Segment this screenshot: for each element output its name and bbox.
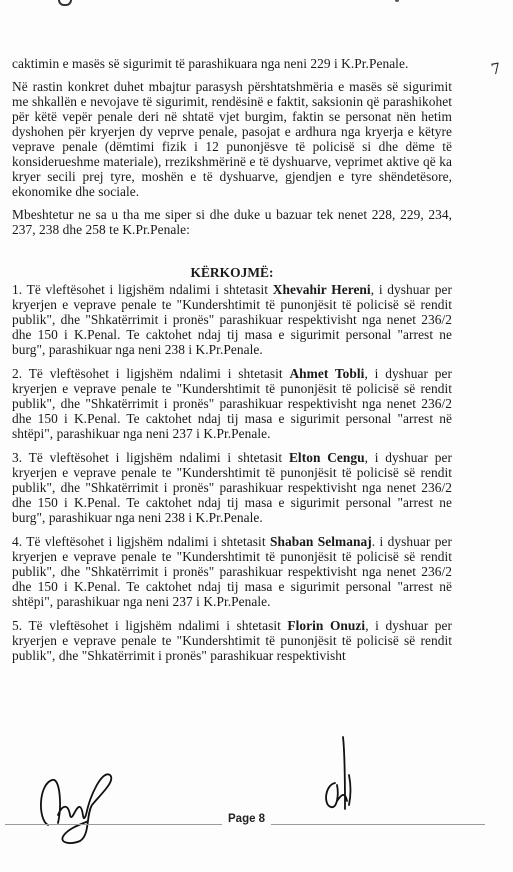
request-prefix: 4. Të vleftësohet i ligjshëm ndalimi i s…	[12, 534, 270, 549]
signature-left-icon	[30, 765, 120, 845]
request-prefix: 2. Të vleftësohet i ligjshëm ndalimi i s…	[12, 366, 289, 381]
suspect-name: Ahmet Tobli	[289, 366, 364, 381]
section-heading: KËRKOJMË:	[12, 265, 452, 280]
request-prefix: 1. Të vleftësohet i ligjshëm ndalimi i s…	[12, 282, 273, 297]
request-prefix: 5. Të vleftësohet i ligjshëm ndalimi i s…	[12, 618, 287, 633]
top-cut-off-mark	[395, 0, 399, 2]
request-item-1: 1. Të vleftësohet i ligjshëm ndalimi i s…	[12, 282, 452, 357]
basis-paragraph: Mbeshtetur ne sa u tha me siper si dhe d…	[12, 207, 452, 237]
request-item-2: 2. Të vleftësohet i ligjshëm ndalimi i s…	[12, 366, 452, 441]
request-item-3: 3. Të vleftësohet i ligjshëm ndalimi i s…	[12, 450, 452, 525]
intro-continuation: caktimin e masës së sigurimit të parashi…	[12, 56, 452, 71]
top-cut-off-glyph	[58, 0, 72, 6]
request-item-4: 4. Të vleftësohet i ligjshëm ndalimi i s…	[12, 534, 452, 609]
handwritten-margin-note: 7	[490, 59, 503, 78]
request-item-5: 5. Të vleftësohet i ligjshëm ndalimi i s…	[12, 618, 452, 663]
document-body: caktimin e masës së sigurimit të parashi…	[12, 56, 452, 672]
request-prefix: 3. Të vleftësohet i ligjshëm ndalimi i s…	[12, 450, 289, 465]
signature-right-icon	[315, 735, 365, 815]
suspect-name: Xhevahir Hereni	[273, 282, 371, 297]
reasoning-paragraph: Në rastin konkret duhet mbajtur parasysh…	[12, 79, 452, 199]
suspect-name: Shaban Selmanaj	[270, 534, 372, 549]
page-number: Page 8	[222, 813, 271, 825]
suspect-name: Florin Onuzi	[287, 618, 365, 633]
document-page: 7 caktimin e masës së sigurimit të paras…	[0, 0, 513, 872]
suspect-name: Elton Cengu	[289, 450, 365, 465]
